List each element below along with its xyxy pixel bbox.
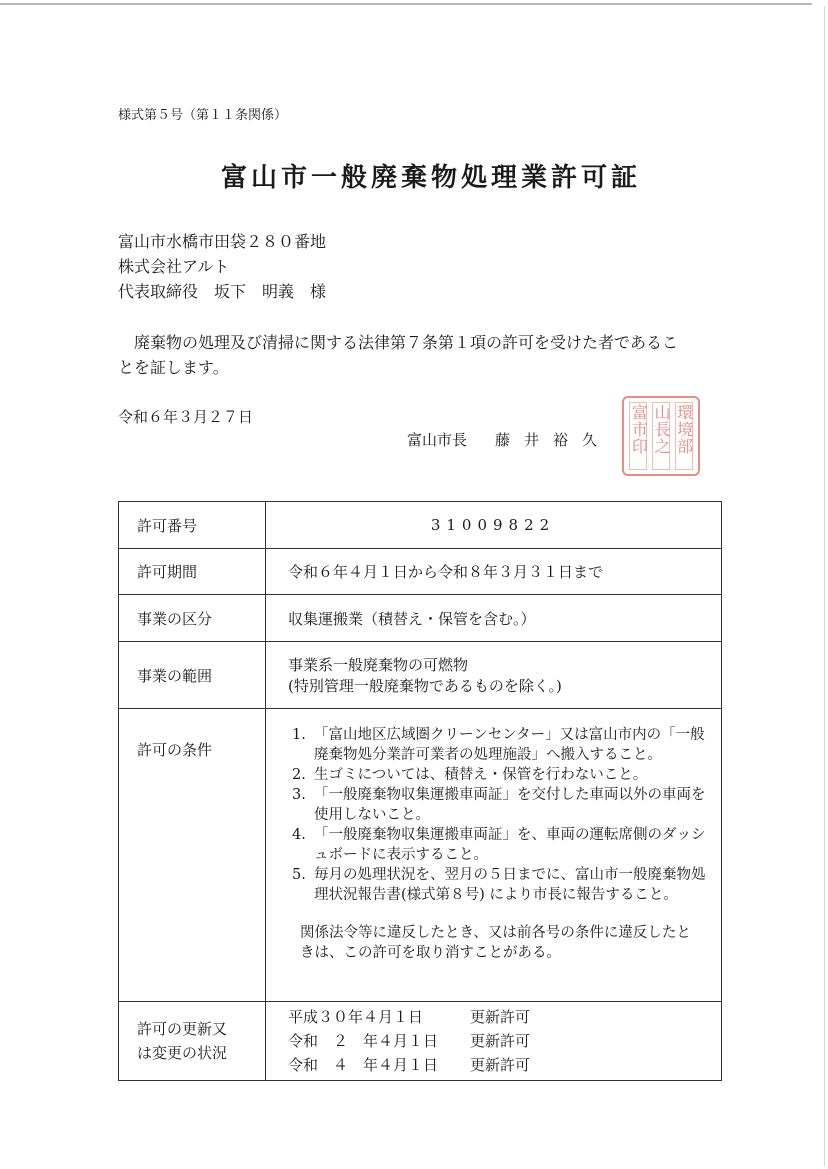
- business-category: 収集運搬業（積替え・保管を含む。）: [266, 595, 722, 642]
- issuer: 富山市長藤井裕久: [407, 429, 611, 450]
- form-number: 様式第５号（第１１条関係）: [118, 104, 287, 123]
- row-label: 事業の区分: [119, 595, 266, 642]
- document-title: 富山市一般廃棄物処理業許可証: [221, 157, 641, 194]
- permit-details-table: 許可番号 31009822 許可期間 令和６年４月１日から令和８年３月３１日まで…: [118, 501, 722, 1081]
- business-scope-line1: 事業系一般廃棄物の可燃物: [288, 654, 720, 675]
- row-label: 許可番号: [119, 502, 266, 549]
- table-row-permit-period: 許可期間 令和６年４月１日から令和８年３月３１日まで: [119, 549, 722, 595]
- condition-item: 3.「一般廃棄物収集運搬車両証」を交付した車両以外の車両を使用しないこと。: [288, 785, 714, 825]
- condition-item: 1.「富山地区広域圏クリーンセンター」又は富山市内の「一般廃棄物処分業許可業者の…: [288, 725, 714, 765]
- condition-item: 2.生ゴミについては、積替え・保管を行わないこと。: [288, 765, 714, 785]
- seal-column: 富市印: [629, 402, 647, 470]
- renewal-entry: 令和 ２ 年４月１日更新許可: [288, 1029, 720, 1053]
- permit-conditions: 1.「富山地区広域圏クリーンセンター」又は富山市内の「一般廃棄物処分業許可業者の…: [266, 709, 722, 1002]
- recipient-address: 富山市水橋市田袋２８０番地: [118, 229, 326, 252]
- table-row-business-category: 事業の区分 収集運搬業（積替え・保管を含む。）: [119, 595, 722, 642]
- renewal-entry: 令和 ４ 年４月１日更新許可: [288, 1053, 720, 1077]
- issue-date: 令和６年３月２７日: [118, 406, 253, 427]
- renewal-entry: 平成３０年４月１日更新許可: [288, 1005, 720, 1029]
- seal-column: 山長之: [652, 402, 670, 470]
- renewal-history: 平成３０年４月１日更新許可 令和 ２ 年４月１日更新許可 令和 ４ 年４月１日更…: [266, 1002, 722, 1081]
- table-row-business-scope: 事業の範囲 事業系一般廃棄物の可燃物 (特別管理一般廃棄物であるものを除く。): [119, 642, 722, 709]
- condition-item: 4.「一般廃棄物収集運搬車両証」を、車両の運転席側のダッシュボードに表示すること…: [288, 825, 714, 865]
- official-seal-icon: 富市印 山長之 環境部: [622, 396, 700, 476]
- issuer-name: 藤井裕久: [495, 431, 611, 449]
- issuer-title: 富山市長: [407, 431, 467, 449]
- revocation-note: 関係法令等に違反したとき、又は前各号の条件に違反したときは、この許可を取り消すこ…: [288, 923, 700, 963]
- table-row-renewal-history: 許可の更新又 は変更の状況 平成３０年４月１日更新許可 令和 ２ 年４月１日更新…: [119, 1002, 722, 1081]
- certification-statement-line1: 廃棄物の処理及び清掃に関する法律第７条第１項の許可を受けた者であるこ: [118, 330, 678, 353]
- certification-statement-line2: とを証します。: [118, 355, 229, 378]
- permit-period: 令和６年４月１日から令和８年３月３１日まで: [266, 549, 722, 595]
- table-row-permit-conditions: 許可の条件 1.「富山地区広域圏クリーンセンター」又は富山市内の「一般廃棄物処分…: [119, 709, 722, 1002]
- recipient-company: 株式会社アルト: [118, 254, 229, 277]
- row-label: 許可の条件: [119, 709, 266, 1002]
- scan-edge-top: [0, 3, 812, 5]
- row-label: 事業の範囲: [119, 642, 266, 709]
- business-scope: 事業系一般廃棄物の可燃物 (特別管理一般廃棄物であるものを除く。): [266, 642, 722, 709]
- seal-column: 環境部: [675, 402, 693, 470]
- permit-number: 31009822: [266, 502, 722, 549]
- row-label: 許可の更新又 は変更の状況: [119, 1002, 266, 1081]
- scan-edge-right: [824, 6, 825, 1166]
- business-scope-line2: (特別管理一般廃棄物であるものを除く。): [288, 675, 720, 696]
- table-row-permit-number: 許可番号 31009822: [119, 502, 722, 549]
- condition-item: 5.毎月の処理状況を、翌月の５日までに、富山市一般廃棄物処理状況報告書(様式第８…: [288, 865, 714, 905]
- conditions-list: 1.「富山地区広域圏クリーンセンター」又は富山市内の「一般廃棄物処分業許可業者の…: [288, 725, 720, 905]
- recipient-representative: 代表取締役 坂下 明義 様: [118, 279, 326, 302]
- row-label: 許可期間: [119, 549, 266, 595]
